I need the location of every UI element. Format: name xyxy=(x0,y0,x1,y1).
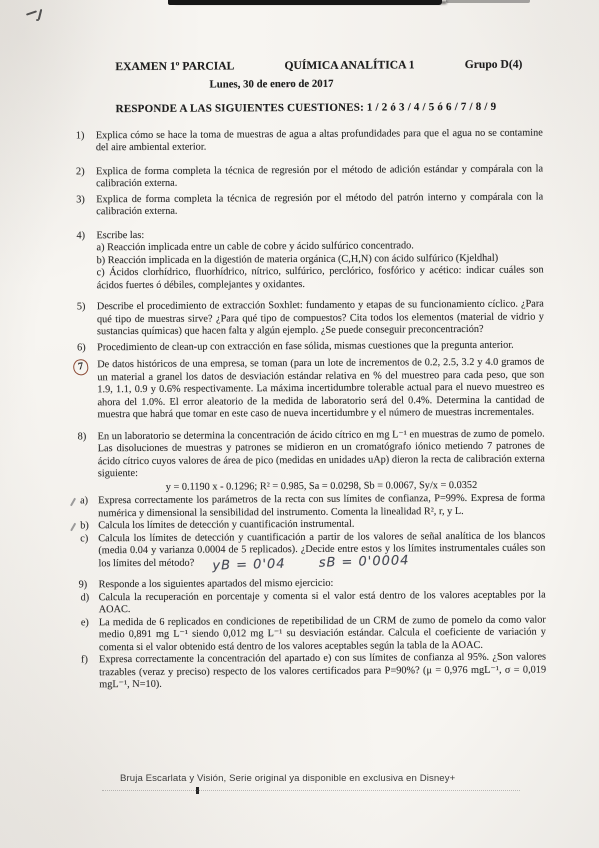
item-d-text: Calcula la recuperación en porcentaje y … xyxy=(99,589,546,617)
page-footer: Bruja Escarlata y Visión, Serie original… xyxy=(120,773,455,784)
question-9-item-e: e) La medida de 6 replicados en condicio… xyxy=(81,614,546,654)
question-7: 7 De datos históricos de una empresa, se… xyxy=(77,357,544,422)
question-1-number: 1) xyxy=(76,130,96,155)
group-label: Grupo D(4) xyxy=(465,59,523,72)
item-f-letter: f) xyxy=(81,654,99,692)
question-2-number: 2) xyxy=(76,166,96,191)
page-content: EXAMEN 1º PARCIAL QUÍMICA ANALÍTICA 1 Gr… xyxy=(0,0,599,703)
item-a-text: Expresa correctamente los parámetros de … xyxy=(98,493,545,521)
exam-date: Lunes, 30 de enero de 2017 xyxy=(70,76,472,91)
instructions-line: RESPONDE A LAS SIGUIENTES CUESTIONES: 1 … xyxy=(116,101,543,116)
question-1-text: Explica cómo se hace la toma de muestras… xyxy=(96,127,543,155)
question-7-text: De datos históricos de una empresa, se t… xyxy=(97,357,544,422)
handwritten-blank-variance: sB = 0'0004 xyxy=(319,553,410,570)
question-5: 5) Describe el procedimiento de extracci… xyxy=(77,299,544,339)
pencil-tick-mark xyxy=(70,498,76,507)
course-title: QUÍMICA ANALÍTICA 1 xyxy=(284,59,414,72)
question-9-number: 9) xyxy=(79,579,99,592)
question-3-number: 3) xyxy=(76,194,96,219)
question-4: 4) Escribe las: a) Reacción implicada en… xyxy=(76,227,543,292)
item-b-letter: b) xyxy=(80,520,98,533)
question-2: 2) Explica de forma completa la técnica … xyxy=(76,163,543,191)
question-3: 3) Explica de forma completa la técnica … xyxy=(76,191,543,219)
question-1: 1) Explica cómo se hace la toma de muest… xyxy=(76,127,543,155)
fold-line xyxy=(102,790,520,791)
question-9: 9) Responde a los siguientes apartados d… xyxy=(79,577,547,692)
question-4-body: Escribe las: a) Reacción implicada entre… xyxy=(96,227,543,292)
question-8-text: En un laboratorio se determina la concen… xyxy=(98,428,545,481)
question-2-text: Explica de forma completa la técnica de … xyxy=(96,163,543,191)
question-8-statement: 8) En un laboratorio se determina la con… xyxy=(78,428,545,481)
question-8-item-c: c) Calcula los límites de detección y cu… xyxy=(80,530,545,571)
question-7-number: 7 xyxy=(77,359,97,422)
item-a-letter: a) xyxy=(80,495,98,520)
question-6-text: Procedimiento de clean-up con extracción… xyxy=(97,339,544,354)
question-9-item-d: d) Calcula la recuperación en porcentaje… xyxy=(81,589,546,617)
question-8-number: 8) xyxy=(78,431,98,481)
question-6: 6) Procedimiento de clean-up con extracc… xyxy=(77,339,544,354)
question-4-number: 4) xyxy=(76,230,96,293)
pencil-tick-mark xyxy=(70,523,76,532)
handwritten-annotation: yB = 0'04 sB = 0'0004 xyxy=(213,555,410,573)
exam-title: EXAMEN 1º PARCIAL xyxy=(115,60,234,73)
item-e-letter: e) xyxy=(81,617,99,655)
circled-number-annotation: 7 xyxy=(72,358,89,376)
question-8: 8) En un laboratorio se determina la con… xyxy=(78,428,546,571)
handwritten-blank-mean: yB = 0'04 xyxy=(213,556,287,573)
exam-header: EXAMEN 1º PARCIAL QUÍMICA ANALÍTICA 1 Gr… xyxy=(115,59,522,74)
item-c-text: Calcula los límites de detección y cuant… xyxy=(98,530,545,571)
item-e-text: La medida de 6 replicados en condiciones… xyxy=(99,614,546,654)
question-list: 1) Explica cómo se hace la toma de muest… xyxy=(71,127,546,692)
question-4-item-c: c) Ácidos clorhídrico, fluorhídrico, nít… xyxy=(97,265,544,293)
question-5-number: 5) xyxy=(77,301,97,339)
item-f-text: Expresa correctamente la concentración d… xyxy=(99,652,546,692)
question-3-text: Explica de forma completa la técnica de … xyxy=(96,191,543,219)
item-c-letter: c) xyxy=(80,533,98,572)
question-8-item-a: a) Expresa correctamente los parámetros … xyxy=(80,493,545,521)
question-9-item-f: f) Expresa correctamente la concentració… xyxy=(81,652,546,692)
question-5-text: Describe el procedimiento de extracción … xyxy=(97,299,544,339)
question-6-number: 6) xyxy=(77,342,97,355)
item-d-letter: d) xyxy=(81,592,99,617)
